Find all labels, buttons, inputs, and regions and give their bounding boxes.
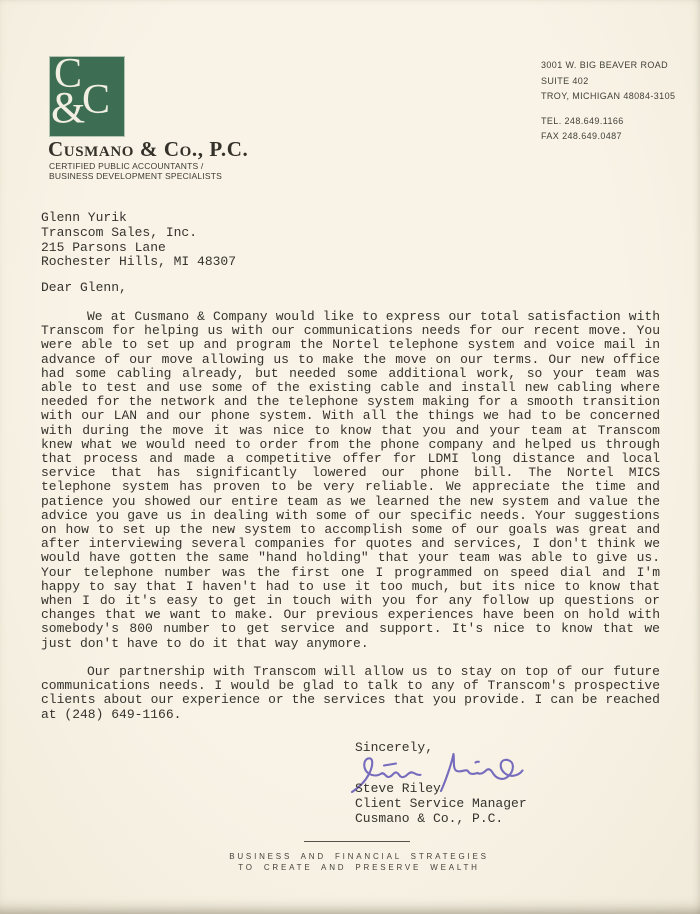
signer-title: Client Service Manager bbox=[355, 797, 527, 812]
logo-ampersand: & bbox=[51, 86, 85, 130]
recipient-company: Transcom Sales, Inc. bbox=[41, 226, 236, 241]
address-suite: SUITE 402 bbox=[541, 74, 675, 90]
address-street: 3001 W. BIG BEAVER ROAD bbox=[541, 58, 675, 74]
recipient-name: Glenn Yurik bbox=[41, 211, 236, 226]
credentials-line-2: BUSINESS DEVELOPMENT SPECIALISTS bbox=[49, 172, 222, 182]
body-paragraph-2: Our partnership with Transcom will allow… bbox=[41, 665, 660, 722]
signer-company: Cusmano & Co., P.C. bbox=[355, 812, 527, 827]
signer-name: Steve Riley bbox=[355, 782, 527, 797]
body-paragraph-1: We at Cusmano & Company would like to ex… bbox=[41, 310, 660, 651]
footer-divider bbox=[304, 841, 410, 842]
recipient-city: Rochester Hills, MI 48307 bbox=[41, 255, 236, 270]
telephone-number: TEL. 248.649.1166 bbox=[541, 114, 624, 129]
company-name: Cusmano & Co., P.C. bbox=[48, 137, 248, 162]
fax-number: FAX 248.649.0487 bbox=[541, 129, 624, 144]
footer-motto-line-1: BUSINESS AND FINANCIAL STRATEGIES bbox=[9, 851, 700, 862]
address-city: TROY, MICHIGAN 48084-3105 bbox=[541, 89, 675, 105]
letter-page: C & C Cusmano & Co., P.C. CERTIFIED PUBL… bbox=[0, 0, 700, 914]
recipient-street: 215 Parsons Lane bbox=[41, 241, 236, 256]
letter-body: We at Cusmano & Company would like to ex… bbox=[41, 310, 660, 736]
recipient-block: Glenn Yurik Transcom Sales, Inc. 215 Par… bbox=[41, 211, 236, 270]
company-address: 3001 W. BIG BEAVER ROAD SUITE 402 TROY, … bbox=[541, 58, 675, 105]
company-phones: TEL. 248.649.1166 FAX 248.649.0487 bbox=[541, 114, 624, 144]
footer-motto: BUSINESS AND FINANCIAL STRATEGIES TO CRE… bbox=[9, 851, 700, 873]
salutation: Dear Glenn, bbox=[41, 281, 127, 295]
company-logo: C & C bbox=[50, 57, 124, 136]
logo-letter-c2: C bbox=[82, 79, 110, 121]
footer-motto-line-2: TO CREATE AND PRESERVE WEALTH bbox=[9, 862, 700, 873]
company-credentials: CERTIFIED PUBLIC ACCOUNTANTS / BUSINESS … bbox=[49, 162, 222, 182]
signature-block: Steve Riley Client Service Manager Cusma… bbox=[355, 782, 527, 826]
